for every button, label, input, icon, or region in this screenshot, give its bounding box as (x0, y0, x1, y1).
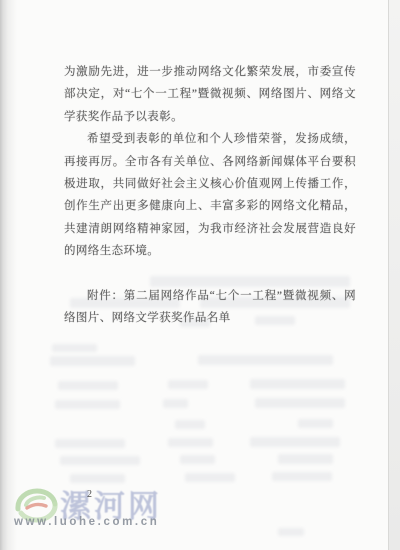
bleedthrough-smudge (168, 438, 213, 447)
attachment-note: 附件：第二届网络作品“七个一工程”暨微视频、网络图片、网络文学获奖作品名单 (64, 285, 356, 330)
bleedthrough-smudge (58, 381, 118, 390)
scan-edge-left-shadow (0, 0, 17, 550)
scanned-document-page: 为激励先进，进一步推动网络文化繁荣发展，市委宣传部决定，对“七个一工程”暨微视频… (0, 0, 400, 550)
bleedthrough-smudge (50, 356, 135, 366)
bleedthrough-smudge (298, 419, 333, 428)
bleedthrough-smudge (272, 472, 332, 481)
paragraph-continued: 为激励先进，进一步推动网络文化繁荣发展，市委宣传部决定，对“七个一工程”暨微视频… (64, 61, 356, 128)
bleedthrough-smudge (255, 398, 345, 408)
bleedthrough-smudge (278, 528, 304, 536)
bleedthrough-smudge (180, 455, 215, 464)
scan-margin-right (389, 0, 400, 550)
bleedthrough-smudge (250, 379, 345, 389)
bleedthrough-smudge (55, 400, 120, 409)
paragraph: 希望受到表彰的单位和个人珍惜荣誉，发扬成绩，再接再厉。全市各有关单位、各网络新闻… (64, 128, 356, 262)
bleedthrough-smudge (185, 473, 235, 482)
bleedthrough-smudge (278, 454, 333, 464)
bleedthrough-smudge (168, 380, 208, 389)
document-body: 为激励先进，进一步推动网络文化繁荣发展，市委宣传部决定，对“七个一工程”暨微视频… (64, 61, 356, 329)
bleedthrough-smudge (52, 344, 97, 352)
watermark-site-url: www.luohe.com.cn (14, 516, 159, 528)
bleedthrough-smudge (175, 420, 205, 429)
bleedthrough-smudge (163, 399, 188, 408)
luohe-watermark: 漯河网 www.luohe.com.cn (12, 483, 232, 538)
bleedthrough-smudge (250, 437, 340, 447)
bleedthrough-smudge (60, 456, 140, 465)
page-number: 2 (87, 489, 92, 500)
bleedthrough-smudge (55, 439, 125, 448)
bleedthrough-smudge (198, 355, 333, 365)
